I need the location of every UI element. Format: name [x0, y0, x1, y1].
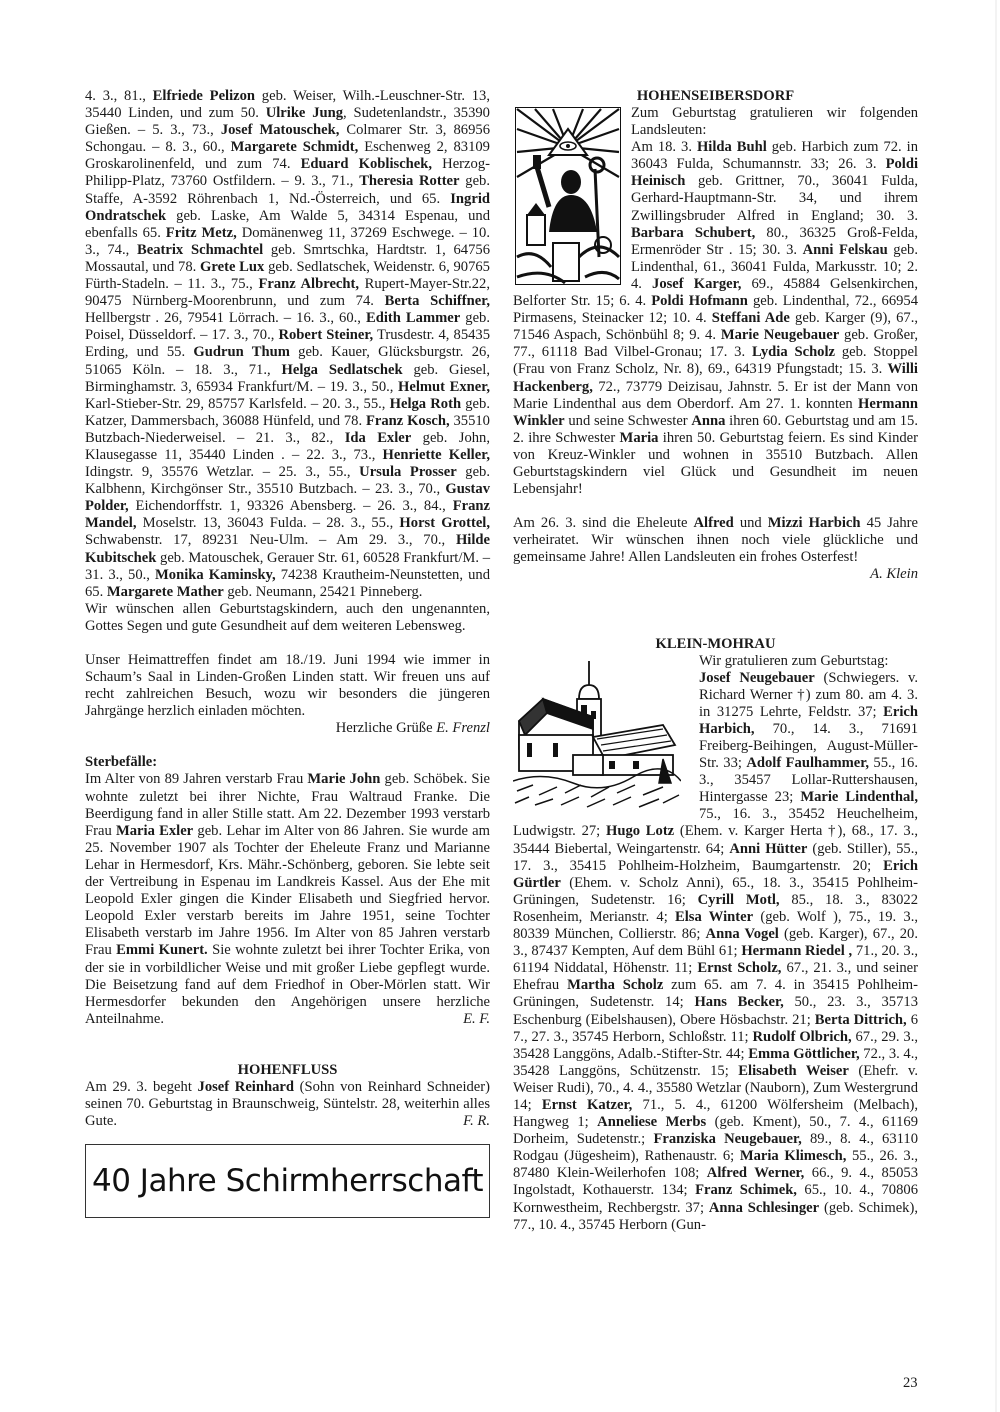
person-name: Beatrix Schmachtel — [137, 242, 263, 258]
person-name: Maria — [620, 430, 659, 446]
person-name: Elisabeth Weiser — [738, 1063, 849, 1079]
person-name: Berta Schiffner, — [385, 293, 490, 309]
person-name: Anna Vogel — [706, 926, 779, 942]
person-name: Edith Lammer — [366, 310, 460, 326]
person-name: Theresia Rotter — [359, 173, 459, 189]
person-name: Henriette Keller, — [383, 447, 490, 463]
person-name: Erich Gürtler — [513, 858, 918, 891]
person-name: Franz Albrecht, — [258, 276, 359, 292]
person-name: Margarete Schmidt, — [231, 139, 359, 155]
person-name: Maria Exler — [116, 823, 193, 839]
person-name: Hilda Buhl — [697, 139, 767, 155]
hohenseibersdorf-author: A. Klein — [513, 566, 918, 583]
person-name: Elsa Winter — [675, 909, 753, 925]
person-name: Monika Kaminsky, — [155, 567, 276, 583]
person-name: Cyrill Motl, — [698, 892, 780, 908]
person-name: Josef Reinhard — [198, 1079, 294, 1095]
person-name: Anni Felskau — [803, 242, 888, 258]
person-name: Josef Neugebauer — [699, 670, 815, 686]
meeting-announcement: Unser Heimattreffen findet am 18./19. Ju… — [85, 652, 490, 720]
person-name: Anna — [691, 413, 725, 429]
person-name: Helga Sedlatschek — [282, 362, 403, 378]
person-name: Anni Hütter — [729, 841, 807, 857]
saint-woodcut-icon — [515, 107, 621, 285]
person-name: Fritz Metz, — [166, 225, 237, 241]
person-name: Marie John — [307, 771, 380, 787]
person-name: Gustav Polder, — [85, 481, 490, 514]
person-name: Josef Matouschek, — [221, 122, 340, 138]
hohenfluss-author: F. R. — [463, 1113, 490, 1130]
greeting-signature: Herzliche Grüße E. Frenzl — [85, 720, 490, 737]
person-name: Margarete Mather — [107, 584, 224, 600]
person-name: Ernst Scholz, — [697, 960, 781, 976]
person-name: Poldi Hofmann — [651, 293, 748, 309]
person-name: Maria Klimesch, — [740, 1148, 847, 1164]
birthday-wishes: Wir wünschen allen Geburtstagskindern, a… — [85, 601, 490, 635]
person-name: Emmi Kunert. — [116, 942, 208, 958]
person-name: Poldi Heinisch — [631, 156, 918, 189]
person-name: Ernst Katzer, — [542, 1097, 632, 1113]
wedding-anniversary: Am 26. 3. sind die Eheleute Alfred und M… — [513, 515, 918, 566]
person-name: Barbara Schubert, — [631, 225, 755, 241]
person-name: Franz Kosch, — [366, 413, 450, 429]
person-name: Rudolf Olbrich, — [752, 1029, 851, 1045]
person-name: Lydia Scholz — [752, 344, 835, 360]
anniversary-banner: 40 Jahre Schirmherrschaft — [85, 1144, 490, 1218]
person-name: Helmut Exner, — [398, 379, 490, 395]
village-church-illustration — [513, 655, 689, 814]
woodcut-saint-illustration — [513, 107, 621, 290]
person-name: Alfred Werner, — [707, 1165, 805, 1181]
right-column: HOHENSEIBERSDORF Zum Geburtstag gratulie… — [513, 88, 918, 1234]
person-name: Anna Schlesinger — [709, 1200, 819, 1216]
person-name: Franz Schimek, — [695, 1182, 797, 1198]
deaths-heading: Sterbefälle: — [85, 754, 490, 771]
hohenfluss-text: Am 29. 3. begeht Josef Reinhard (Sohn vo… — [85, 1079, 490, 1130]
person-name: Erich Harbich, — [699, 704, 918, 737]
person-name: Alfred — [694, 515, 734, 531]
person-name: Gudrun Thum — [193, 344, 289, 360]
person-name: Elfriede Pelizon — [153, 88, 255, 104]
deaths-author: E. F. — [463, 1011, 490, 1028]
person-name: Helga Roth — [390, 396, 461, 412]
person-name: Ursula Prosser — [359, 464, 457, 480]
person-name: Josef Karger, — [652, 276, 741, 292]
person-name: Mizzi Harbich — [768, 515, 861, 531]
person-name: Adolf Faulhammer, — [746, 755, 869, 771]
person-name: Ingrid Ondratschek — [85, 191, 490, 224]
person-name: Steffani Ade — [712, 310, 790, 326]
person-name: Martha Scholz — [567, 977, 663, 993]
person-name: Hermann Riedel , — [741, 943, 852, 959]
person-name: Grete Lux — [200, 259, 264, 275]
person-name: Berta Dittrich, — [815, 1012, 907, 1028]
person-name: Hans Becker, — [694, 994, 783, 1010]
greeting-author: E. Frenzl — [436, 720, 490, 736]
person-name: Robert Steiner, — [278, 327, 373, 343]
person-name: Franziska Neugebauer, — [653, 1131, 801, 1147]
person-name: Marie Neugebauer — [721, 327, 839, 343]
person-name: Ida Exler — [345, 430, 412, 446]
person-name: Hugo Lotz — [606, 823, 674, 839]
person-name: Marie Lindenthal, — [800, 789, 918, 805]
birthday-list-continued: 4. 3., 81., Elfriede Pelizon geb. Weiser… — [85, 88, 490, 601]
deaths-text: Im Alter von 89 Jahren verstarb Frau Mar… — [85, 771, 490, 1027]
scan-edge — [995, 0, 997, 1412]
hohenfluss-heading: HOHENFLUSS — [85, 1062, 490, 1079]
church-drawing-icon — [513, 659, 681, 809]
hohenseibersdorf-heading: HOHENSEIBERSDORF — [513, 88, 918, 105]
page-number: 23 — [903, 1375, 918, 1392]
person-name: Horst Grottel, — [399, 515, 490, 531]
klein-mohrau-heading: KLEIN-MOHRAU — [513, 636, 918, 653]
person-name: Emma Göttlicher, — [748, 1046, 859, 1062]
person-name: Ulrike Jung — [266, 105, 343, 121]
person-name: Hilde Kubitschek — [85, 532, 490, 565]
left-column: 4. 3., 81., Elfriede Pelizon geb. Weiser… — [85, 88, 490, 1218]
person-name: Willi Hackenberg, — [513, 361, 918, 394]
person-name: Eduard Koblischek, — [301, 156, 432, 172]
person-name: Anneliese Merbs — [597, 1114, 706, 1130]
